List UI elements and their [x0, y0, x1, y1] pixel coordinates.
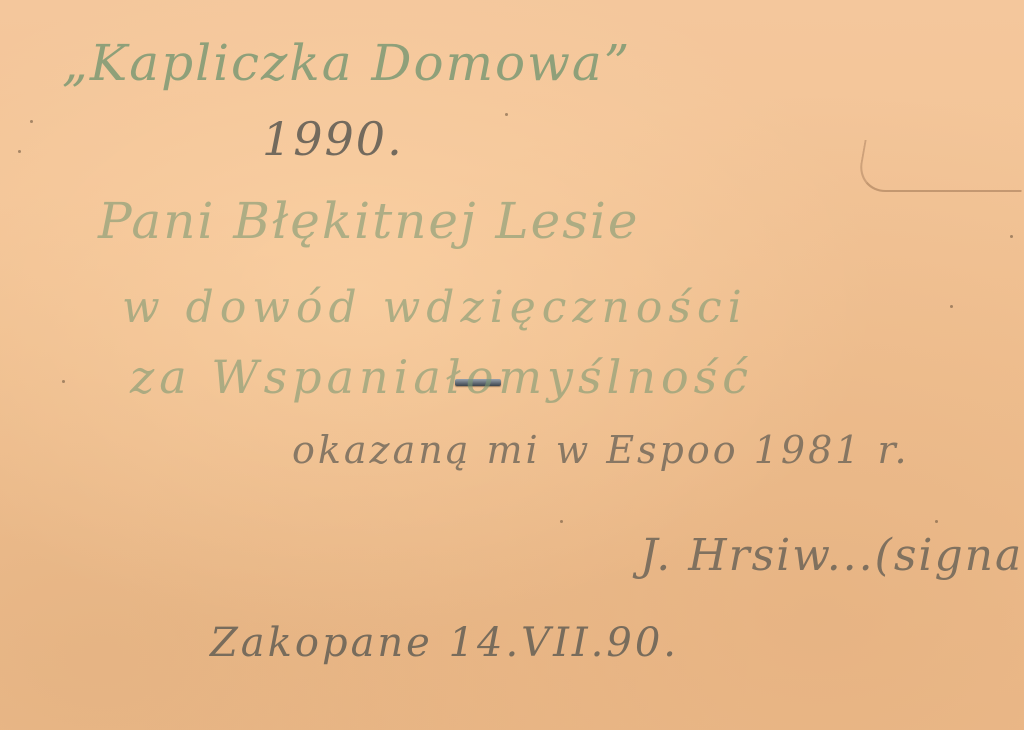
- signature: J. Hrsiw...(signature): [640, 530, 1024, 581]
- dedication-line-3: za Wspaniałomyślność: [130, 350, 753, 404]
- paper-speck: [560, 520, 563, 523]
- dedication-line-1: Pani Błękitnej Lesie: [98, 192, 639, 250]
- paper-speck: [30, 120, 33, 123]
- paper-speck: [950, 305, 953, 308]
- paper-speck: [935, 520, 938, 523]
- year-line: 1990.: [262, 112, 404, 166]
- paper-speck: [18, 150, 21, 153]
- dedication-line-4: okazaną mi w Espoo 1981 r.: [292, 428, 910, 472]
- dedication-line-2: w dowód wdzięczności: [122, 282, 748, 333]
- paper-speck: [1010, 235, 1013, 238]
- paper-tear-mark: [855, 140, 1024, 192]
- paper-speck: [62, 380, 65, 383]
- title-line: „Kapliczka Domowa”: [62, 34, 631, 92]
- paper-speck: [505, 113, 508, 116]
- paper-sheet: „Kapliczka Domowa” 1990. Pani Błękitnej …: [0, 0, 1024, 730]
- place-date-line: Zakopane 14.VII.90.: [210, 620, 679, 666]
